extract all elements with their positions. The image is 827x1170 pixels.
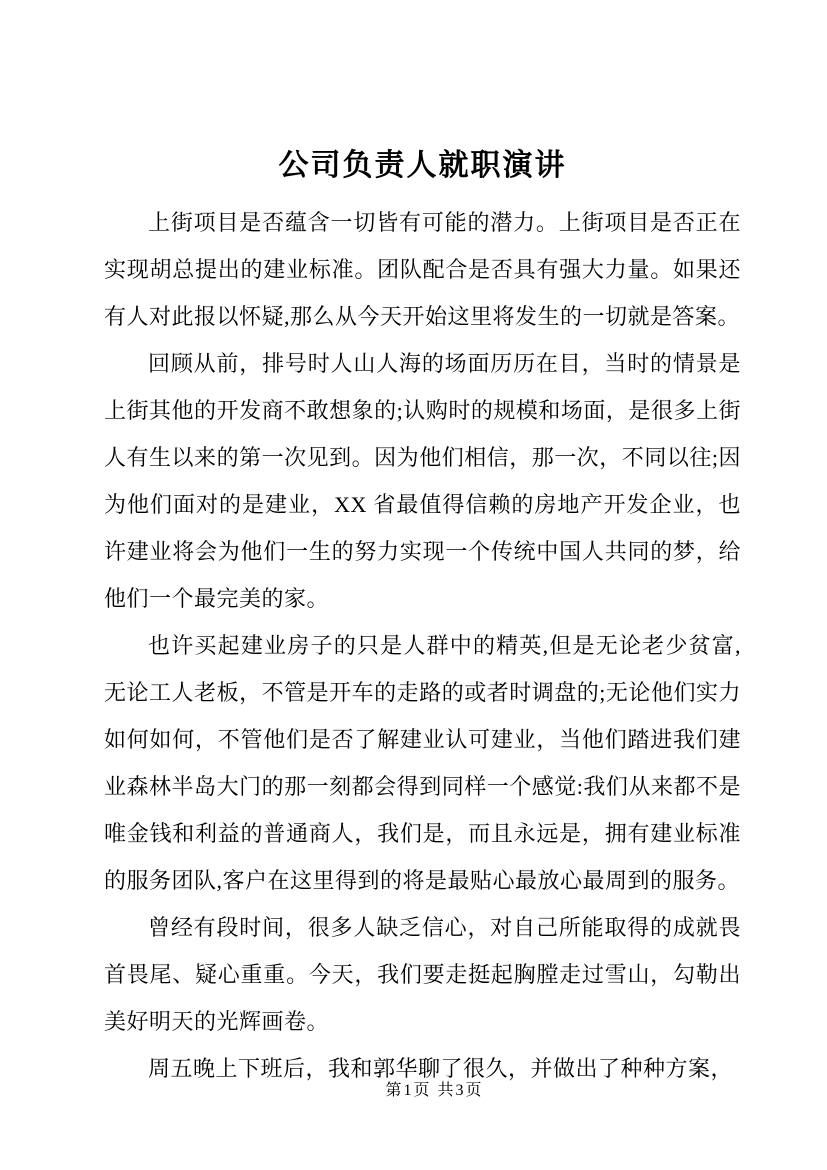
paragraph-3: 也许买起建业房子的只是人群中的精英,但是无论老少贫富,无论工人老板，不管是开车的… <box>104 622 741 904</box>
document-content: 公司负责人就职演讲 上街项目是否蕴含一切皆有可能的潜力。上街项目是否正在实现胡总… <box>0 0 827 1092</box>
paragraph-1: 上街项目是否蕴含一切皆有可能的潜力。上街项目是否正在实现胡总提出的建业标准。团队… <box>104 199 741 340</box>
page-number-footer: 第1页 共3页 <box>0 1077 827 1100</box>
paragraph-4: 曾经有段时间，很多人缺乏信心，对自己所能取得的成就畏首畏尾、疑心重重。今天，我们… <box>104 904 741 1045</box>
document-title: 公司负责人就职演讲 <box>104 143 741 189</box>
document-page: 公司负责人就职演讲 上街项目是否蕴含一切皆有可能的潜力。上街项目是否正在实现胡总… <box>0 0 827 1170</box>
paragraph-2: 回顾从前，排号时人山人海的场面历历在目，当时的情景是上街其他的开发商不敢想象的;… <box>104 340 741 622</box>
